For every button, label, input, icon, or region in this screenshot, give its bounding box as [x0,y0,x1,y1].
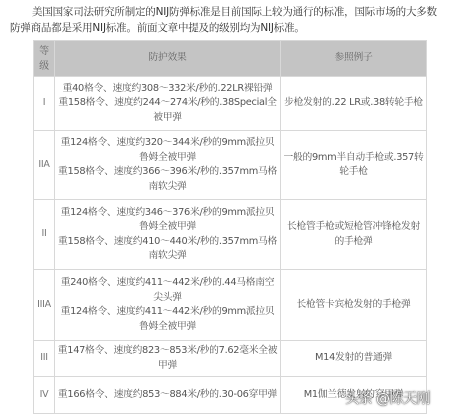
level-cell: IIIA [34,270,55,341]
protection-line: 重158格令、速度约366～396米/秒的.357mm马格南软尖弹 [57,165,278,194]
table-header-row: 等级 防护效果 参照例子 [34,41,427,77]
protection-line: 重124格令、速度约320～344米/秒的9mm派拉贝鲁姆全被甲弹 [57,136,278,165]
example-cell: 步枪发射的.22 LR或.38转轮手枪 [281,77,427,131]
protection-cell: 重124格令、速度约346～376米/秒的9mm派拉贝鲁姆全被甲弹重158格令、… [55,200,281,270]
protection-line: 重240格令、速度约411～442米/秒的.44马格南空尖头弹 [57,276,278,305]
nij-standard-table: 等级 防护效果 参照例子 I重40格令、速度约308～332米/秒的.22LR裸… [33,40,427,414]
intro-text: 美国国家司法研究所制定的NIJ防弹标准是目前国际上较为通行的标准，国际市场的大多… [10,6,437,34]
protection-cell: 重166格令、速度约853～884米/秒的.30-06穿甲弹 [55,377,281,414]
header-level: 等级 [34,41,55,77]
protection-cell: 重124格令、速度约320～344米/秒的9mm派拉贝鲁姆全被甲弹重158格令、… [55,131,281,200]
protection-cell: 重147格令、速度约823～853米/秒的7.62毫米全被甲弹 [55,341,281,377]
level-cell: I [34,77,55,131]
table-row: IIA重124格令、速度约320～344米/秒的9mm派拉贝鲁姆全被甲弹重158… [34,131,427,200]
level-cell: IV [34,377,55,414]
example-cell: M14发射的普通弹 [281,341,427,377]
protection-cell: 重40格令、速度约308～332米/秒的.22LR裸铅弹重158格令、速度约24… [55,77,281,131]
protection-line: 重166格令、速度约853～884米/秒的.30-06穿甲弹 [57,388,278,403]
level-cell: IIA [34,131,55,200]
protection-line: 重124格令、速度约411～442米/秒的9mm派拉贝鲁姆全被甲弹 [57,305,278,334]
protection-line: 重158格令、速度约244～274米/秒的.38Special全被甲弹 [57,96,278,125]
protection-line: 重147格令、速度约823～853米/秒的7.62毫米全被甲弹 [57,344,278,373]
protection-line: 重158格令、速度约410～440米/秒的.357mm马格南软尖弹 [57,235,278,264]
table-row: IIIA重240格令、速度约411～442米/秒的.44马格南空尖头弹重124格… [34,270,427,341]
header-protection: 防护效果 [55,41,281,77]
level-cell: II [34,200,55,270]
protection-line: 重124格令、速度约346～376米/秒的9mm派拉贝鲁姆全被甲弹 [57,206,278,235]
example-cell: 长枪管卡宾枪发射的手枪弹 [281,270,427,341]
protection-line: 重40格令、速度约308～332米/秒的.22LR裸铅弹 [57,82,278,97]
watermark: 头条 @陈天刚 [345,388,430,408]
example-cell: 长枪管手枪或短枪管冲锋枪发射的手枪弹 [281,200,427,270]
table-row: I重40格令、速度约308～332米/秒的.22LR裸铅弹重158格令、速度约2… [34,77,427,131]
example-cell: 一般的9mm半自动手枪或.357转轮手枪 [281,131,427,200]
table-row: II重124格令、速度约346～376米/秒的9mm派拉贝鲁姆全被甲弹重158格… [34,200,427,270]
protection-cell: 重240格令、速度约411～442米/秒的.44马格南空尖头弹重124格令、速度… [55,270,281,341]
header-example: 参照例子 [281,41,427,77]
intro-paragraph: 美国国家司法研究所制定的NIJ防弹标准是目前国际上较为通行的标准，国际市场的大多… [10,4,444,36]
table-row: III重147格令、速度约823～853米/秒的7.62毫米全被甲弹M14发射的… [34,341,427,377]
level-cell: III [34,341,55,377]
